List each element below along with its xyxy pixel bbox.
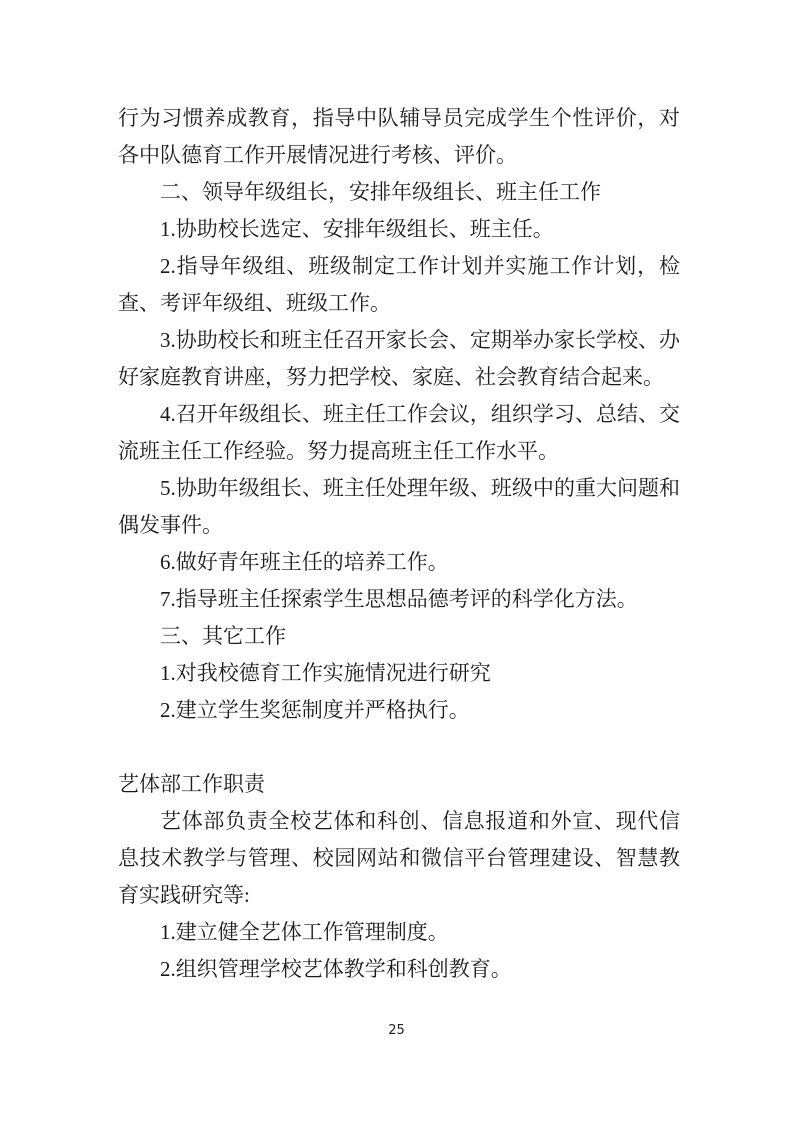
- list-item-other-1: 1.对我校德育工作实施情况进行研究: [118, 655, 680, 692]
- list-item-5: 5.协助年级组长、班主任处理年级、班级中的重大问题和偶发事件。: [118, 470, 680, 544]
- chapter-title: 艺体部工作职责: [118, 766, 680, 803]
- paragraph-intro: 艺体部负责全校艺体和科创、信息报道和外宣、现代信息技术教学与管理、校园网站和微信…: [118, 803, 680, 914]
- list-item-other-2: 2.建立学生奖惩制度并严格执行。: [118, 692, 680, 729]
- section-heading-two: 二、领导年级组长，安排年级组长、班主任工作: [118, 174, 680, 211]
- list-item-yitibu-1: 1.建立健全艺体工作管理制度。: [118, 914, 680, 951]
- list-item-3: 3.协助校长和班主任召开家长会、定期举办家长学校、办好家庭教育讲座，努力把学校、…: [118, 322, 680, 396]
- list-item-7: 7.指导班主任探索学生思想品德考评的科学化方法。: [118, 581, 680, 618]
- document-page: 行为习惯养成教育，指导中队辅导员完成学生个性评价，对各中队德育工作开展情况进行考…: [0, 0, 793, 1122]
- paragraph-continuation: 行为习惯养成教育，指导中队辅导员完成学生个性评价，对各中队德育工作开展情况进行考…: [118, 100, 680, 174]
- list-item-4: 4.召开年级组长、班主任工作会议，组织学习、总结、交流班主任工作经验。努力提高班…: [118, 396, 680, 470]
- section-heading-three: 三、其它工作: [118, 618, 680, 655]
- list-item-1: 1.协助校长选定、安排年级组长、班主任。: [118, 211, 680, 248]
- list-item-2: 2.指导年级组、班级制定工作计划并实施工作计划，检查、考评年级组、班级工作。: [118, 248, 680, 322]
- list-item-6: 6.做好青年班主任的培养工作。: [118, 544, 680, 581]
- page-number: 25: [388, 1023, 405, 1038]
- page-footer: 25: [0, 1022, 793, 1040]
- list-item-yitibu-2: 2.组织管理学校艺体教学和科创教育。: [118, 951, 680, 988]
- document-body: 行为习惯养成教育，指导中队辅导员完成学生个性评价，对各中队德育工作开展情况进行考…: [118, 100, 680, 988]
